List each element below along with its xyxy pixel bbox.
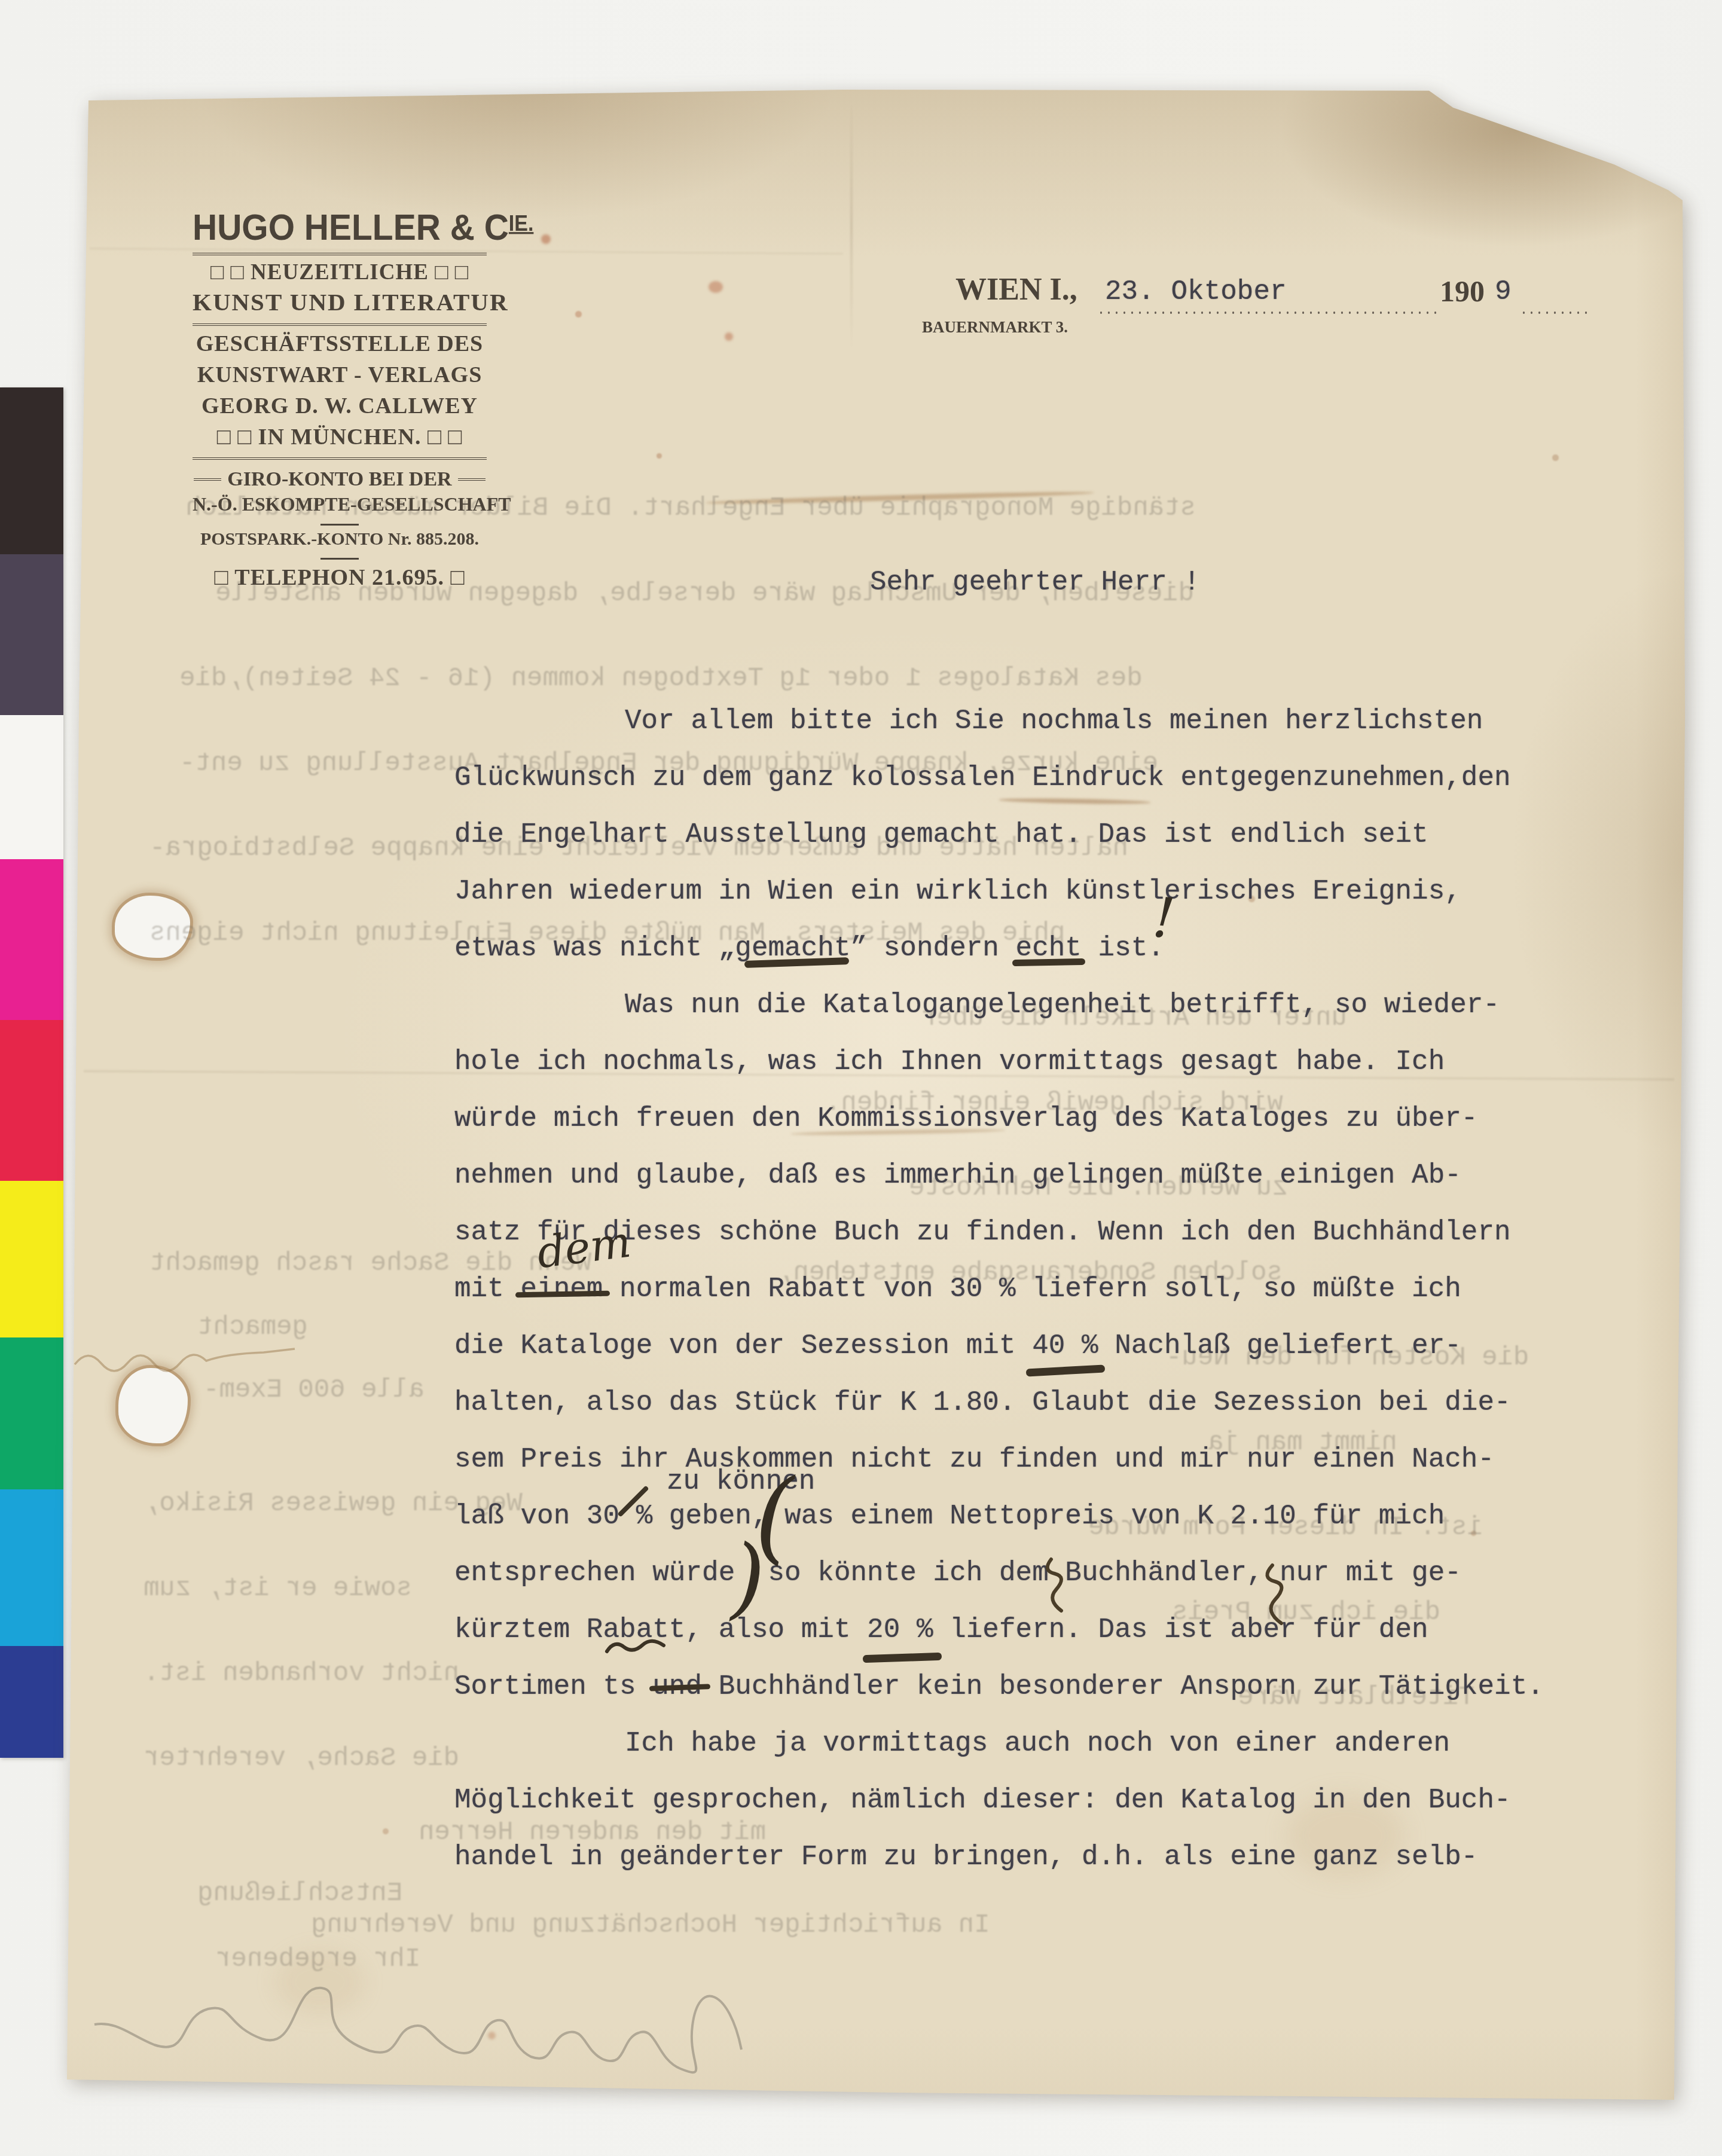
signature-ghost-path xyxy=(94,1988,741,2072)
tick-after-dem xyxy=(1048,1559,1061,1611)
paper-sheet-wrap: ständige Monographie über Engelhart. Die… xyxy=(0,0,1722,2156)
percent-emphasis-stroke xyxy=(621,1489,646,1514)
margin-scrawl xyxy=(75,1349,295,1371)
scanned-letter-page: ständige Monographie über Engelhart. Die… xyxy=(0,0,1722,2156)
paper-sheet: ständige Monographie über Engelhart. Die… xyxy=(0,0,1722,2156)
paper-stain xyxy=(215,54,269,90)
sortiments-insert-squiggle xyxy=(607,1641,664,1651)
tick-after-buchhaendler xyxy=(1267,1565,1281,1623)
ink-squiggles-svg xyxy=(0,0,1722,2156)
signature-ghost-mirrored xyxy=(72,1954,765,2103)
